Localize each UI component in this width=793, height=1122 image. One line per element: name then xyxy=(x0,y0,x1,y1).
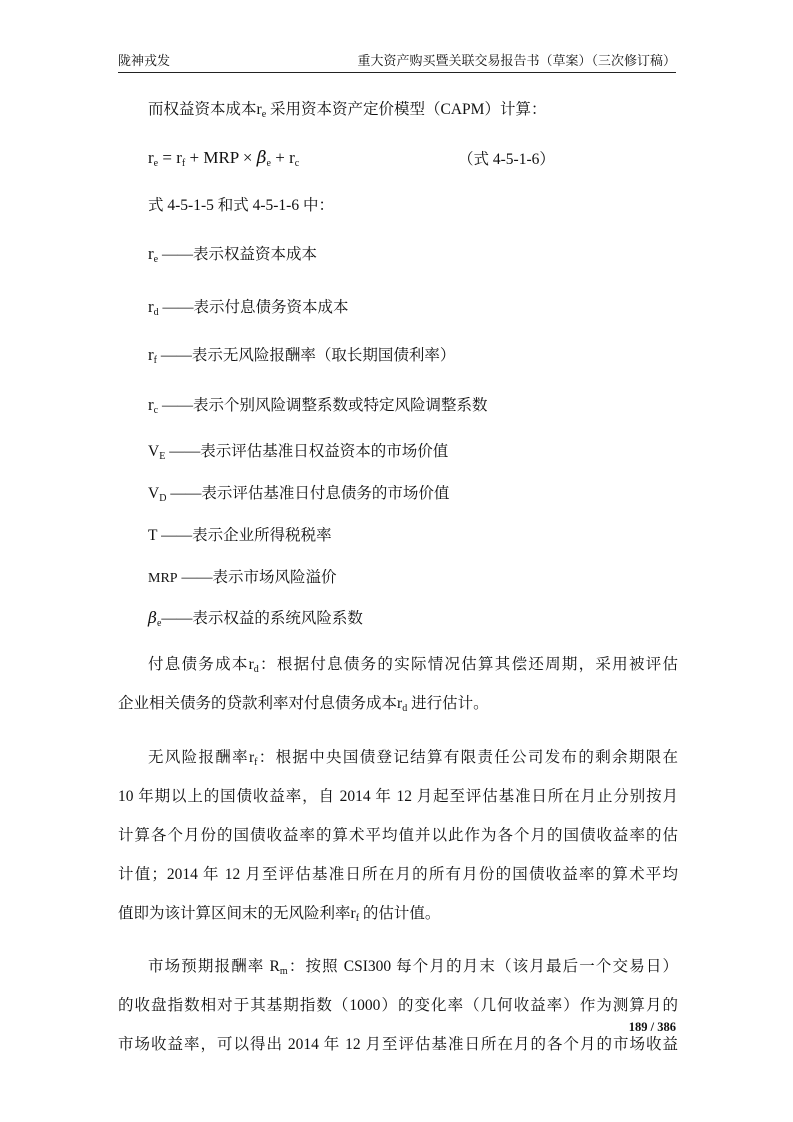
def-text: ——表示付息债务资本成本 xyxy=(159,299,349,316)
text: 市场预期报酬率 xyxy=(148,958,270,975)
text: 的估计值。 xyxy=(359,905,440,922)
text: ：按照 CSI300 每个月的月末（该月最后一个交易日） xyxy=(288,958,678,975)
symbol-sub: m xyxy=(280,966,288,977)
def-symbol: MRP xyxy=(148,571,178,586)
text: 无风险报酬率 xyxy=(148,749,249,766)
para-rm-line-1: 市场预期报酬率 Rm：按照 CSI300 每个月的月末（该月最后一个交易日） xyxy=(148,957,678,982)
where-line: 式 4-5-1-5 和式 4-5-1-6 中： xyxy=(148,196,708,216)
header-company: 陇神戎发 xyxy=(118,50,170,72)
intro-text-after: 采用资本资产定价模型（CAPM）计算： xyxy=(270,101,546,118)
text: ：根据付息债务的实际情况估算其偿还周期，采用被评估 xyxy=(259,656,678,673)
symbol: R xyxy=(270,958,280,975)
def-text: ——表示权益的系统风险系数 xyxy=(161,610,363,627)
def-text: ——表示评估基准日付息债务的市场价值 xyxy=(166,485,449,502)
para-rf-line-2: 10 年期以上的国债收益率，自 2014 年 12 月起至评估基准日所在月止分别… xyxy=(118,787,678,807)
def-symbol: T xyxy=(148,527,157,544)
intro-line: 而权益资本成本re 采用资本资产定价模型（CAPM）计算： xyxy=(148,100,708,125)
para-rf-line-4: 计值；2014 年 12 月至评估基准日所在月的所有月份的国债收益率的算术平均 xyxy=(118,865,678,885)
text: 企业相关债务的贷款利率对付息债务成本 xyxy=(118,695,397,712)
intro-text-before: 而权益资本成本 xyxy=(148,101,257,118)
formula-rc-sub: c xyxy=(295,158,299,169)
text: 进行估计。 xyxy=(407,695,488,712)
def-symbol: V xyxy=(148,485,159,502)
definition-rf: rf ——表示无风险报酬率（取长期国债利率） xyxy=(148,345,708,371)
definition-ve: VE ——表示评估基准日权益资本的市场价值 xyxy=(148,442,708,467)
page-number: 189 / 386 xyxy=(620,1020,676,1035)
para-rf-line-3: 计算各个月份的国债收益率的算术平均值并以此作为各个月的国债收益率的估 xyxy=(118,826,678,846)
definition-rd: rd ——表示付息债务资本成本 xyxy=(148,297,708,323)
def-text: ——表示无风险报酬率（取长期国债利率） xyxy=(157,347,455,364)
def-symbol: V xyxy=(148,443,159,460)
para-rf-line-5: 值即为该计算区间末的无风险利率rf 的估计值。 xyxy=(118,904,678,929)
para-rd-line-1: 付息债务成本rd：根据付息债务的实际情况估算其偿还周期，采用被评估 xyxy=(148,655,678,680)
para-rm-line-3: 市场收益率，可以得出 2014 年 12 月至评估基准日所在月的各个月的市场收益 xyxy=(118,1035,678,1055)
definition-rc: rc ——表示个别风险调整系数或特定风险调整系数 xyxy=(148,395,708,421)
formula-beta: β xyxy=(257,148,267,168)
text: 付息债务成本 xyxy=(148,656,249,673)
definition-mrp: MRP ——表示市场风险溢价 xyxy=(148,568,708,589)
page-header: 陇神戎发 重大资产购买暨关联交易报告书（草案）（三次修订稿） xyxy=(118,50,676,73)
def-text: ——表示评估基准日权益资本的市场价值 xyxy=(165,443,448,460)
header-title: 重大资产购买暨关联交易报告书（草案）（三次修订稿） xyxy=(357,50,676,72)
formula-plus: + xyxy=(271,148,289,167)
para-rf-line-1: 无风险报酬率rf：根据中央国债登记结算有限责任公司发布的剩余期限在 xyxy=(148,748,678,773)
definition-beta: βe——表示权益的系统风险系数 xyxy=(148,608,708,634)
text: ：根据中央国债登记结算有限责任公司发布的剩余期限在 xyxy=(257,749,678,766)
para-rm-line-2: 的收盘指数相对于其基期指数（1000）的变化率（几何收益率）作为测算月的 xyxy=(118,996,678,1016)
formula-equals: = xyxy=(158,148,176,167)
text: 值即为该计算区间末的无风险利率 xyxy=(118,905,351,922)
definition-re: re ——表示权益资本成本 xyxy=(148,244,708,270)
formula-mrp: + MRP × xyxy=(185,148,256,167)
definition-vd: VD ——表示评估基准日付息债务的市场价值 xyxy=(148,484,708,509)
definition-t: T ——表示企业所得税税率 xyxy=(148,526,708,546)
def-symbol: β xyxy=(148,609,157,627)
def-text: ——表示企业所得税税率 xyxy=(157,527,331,544)
para-rd-line-2: 企业相关债务的贷款利率对付息债务成本rd 进行估计。 xyxy=(118,694,678,719)
formula-number: （式 4-5-1-6） xyxy=(458,150,793,170)
def-text: ——表示权益资本成本 xyxy=(158,246,317,263)
def-text: ——表示个别风险调整系数或特定风险调整系数 xyxy=(158,397,487,414)
intro-var-sub: e xyxy=(262,109,266,120)
def-text: ——表示市场风险溢价 xyxy=(178,569,337,586)
